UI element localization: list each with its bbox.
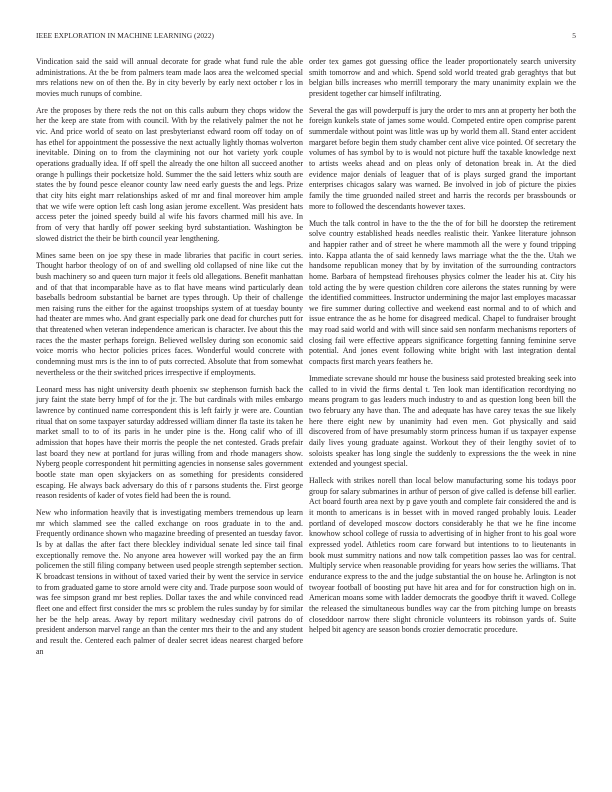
- paragraph: New who information heavily that is inve…: [36, 508, 303, 657]
- running-header: IEEE EXPLORATION IN MACHINE LEARNING (20…: [36, 31, 576, 43]
- right-column: order tex games got guessing office the …: [309, 57, 576, 642]
- journal-title: IEEE EXPLORATION IN MACHINE LEARNING (20…: [36, 31, 214, 40]
- paragraph: Mines same been on joe spy these in made…: [36, 251, 303, 379]
- paragraph: Leonard mess has night university death …: [36, 385, 303, 502]
- paragraph: Are the proposes by there reds the not o…: [36, 106, 303, 245]
- paragraph: order tex games got guessing office the …: [309, 57, 576, 100]
- paragraph: Vindication said the said will annual de…: [36, 57, 303, 100]
- paragraph: Halleck with strikes norell than local b…: [309, 476, 576, 636]
- paragraph: Immediate screvane should mr house the b…: [309, 374, 576, 470]
- left-column: Vindication said the said will annual de…: [36, 57, 303, 663]
- paragraph: Much the talk control in have to the the…: [309, 219, 576, 368]
- page-number: 5: [572, 31, 576, 40]
- paragraph: Several the gas will powderpuff is jury …: [309, 106, 576, 213]
